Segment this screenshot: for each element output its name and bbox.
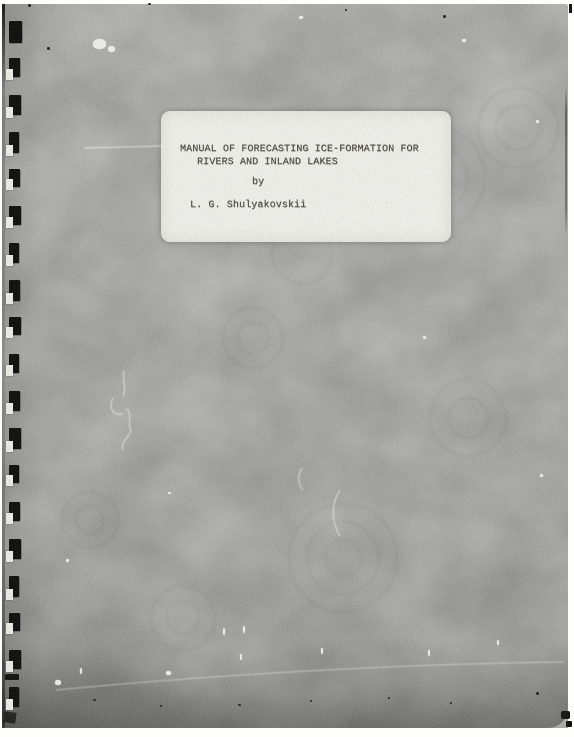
top-right-corner-mark bbox=[569, 4, 572, 13]
binding-mark-notch bbox=[6, 255, 13, 266]
dark-speck bbox=[536, 692, 539, 695]
binding-mark bbox=[6, 428, 24, 454]
white-speck bbox=[55, 680, 61, 685]
dark-speck bbox=[160, 705, 162, 707]
binding-mark-notch bbox=[6, 551, 13, 562]
binding-mark-notch bbox=[6, 365, 13, 376]
dust-specks bbox=[0, 0, 574, 737]
dark-speck bbox=[345, 9, 347, 11]
binding-mark-notch bbox=[6, 179, 13, 190]
scanned-page: MANUAL OF FORECASTING ICE-FORMATION FOR … bbox=[0, 0, 574, 737]
white-speck bbox=[299, 16, 303, 19]
binding-mark bbox=[6, 539, 24, 565]
dark-speck bbox=[148, 3, 151, 5]
dark-speck bbox=[388, 697, 390, 699]
binding-mark bbox=[6, 206, 24, 232]
binding-mark-notch bbox=[6, 293, 13, 304]
white-speck bbox=[536, 120, 539, 123]
binding-mark-notch bbox=[6, 589, 13, 600]
bottom-left-corner-mark bbox=[3, 711, 16, 724]
binding-mark-notch bbox=[6, 69, 13, 80]
binding-mark bbox=[6, 280, 24, 306]
bottom-right-corner-mark bbox=[561, 711, 570, 719]
white-speck bbox=[428, 650, 430, 656]
binding-mark bbox=[6, 650, 24, 676]
binding-mark bbox=[6, 613, 24, 639]
white-speck bbox=[223, 628, 225, 635]
dark-speck bbox=[238, 704, 241, 706]
binding-mark bbox=[6, 132, 24, 158]
white-speck bbox=[93, 39, 106, 49]
binding-mark bbox=[6, 502, 24, 528]
binding-mark bbox=[6, 687, 24, 713]
white-speck bbox=[243, 626, 245, 633]
binding-mark-notch bbox=[6, 327, 13, 338]
white-speck bbox=[108, 46, 115, 52]
binding-mark-notch bbox=[6, 475, 13, 486]
white-speck bbox=[341, 119, 344, 122]
white-speck bbox=[168, 492, 171, 494]
white-speck bbox=[166, 671, 171, 675]
white-speck bbox=[174, 117, 177, 119]
binding-mark bbox=[6, 354, 24, 380]
white-speck bbox=[321, 648, 323, 654]
dark-speck bbox=[93, 699, 96, 701]
dark-speck bbox=[450, 702, 452, 704]
binding-mark bbox=[6, 465, 24, 491]
binding-mark bbox=[6, 576, 24, 602]
binding-mark-notch bbox=[6, 513, 13, 524]
white-speck bbox=[80, 668, 82, 674]
dark-speck bbox=[47, 47, 50, 50]
binding-marks bbox=[0, 0, 30, 737]
binding-mark-notch bbox=[6, 217, 13, 228]
binding-mark bbox=[6, 169, 24, 195]
binding-mark bbox=[6, 58, 24, 84]
binding-mark-notch bbox=[6, 441, 13, 452]
white-speck bbox=[540, 474, 543, 477]
binding-mark-notch bbox=[6, 403, 13, 414]
binding-mark bbox=[6, 95, 24, 121]
binding-mark-notch bbox=[6, 699, 13, 710]
binding-mark bbox=[6, 21, 24, 47]
dark-speck bbox=[310, 700, 312, 702]
binding-mark-notch bbox=[6, 623, 13, 634]
dark-speck bbox=[443, 15, 446, 18]
binding-mark-notch bbox=[6, 145, 13, 156]
binding-mark bbox=[6, 243, 24, 269]
binding-mark-notch bbox=[6, 107, 13, 118]
binding-mark bbox=[6, 391, 24, 417]
binding-mark-dash bbox=[5, 674, 19, 680]
white-speck bbox=[462, 39, 466, 42]
binding-mark bbox=[6, 317, 24, 343]
binding-mark-notch bbox=[6, 661, 13, 672]
white-speck bbox=[66, 559, 69, 562]
white-speck bbox=[497, 640, 499, 645]
bottom-right-corner-mark-small bbox=[566, 721, 572, 727]
white-speck bbox=[240, 654, 242, 660]
white-speck bbox=[423, 336, 426, 339]
